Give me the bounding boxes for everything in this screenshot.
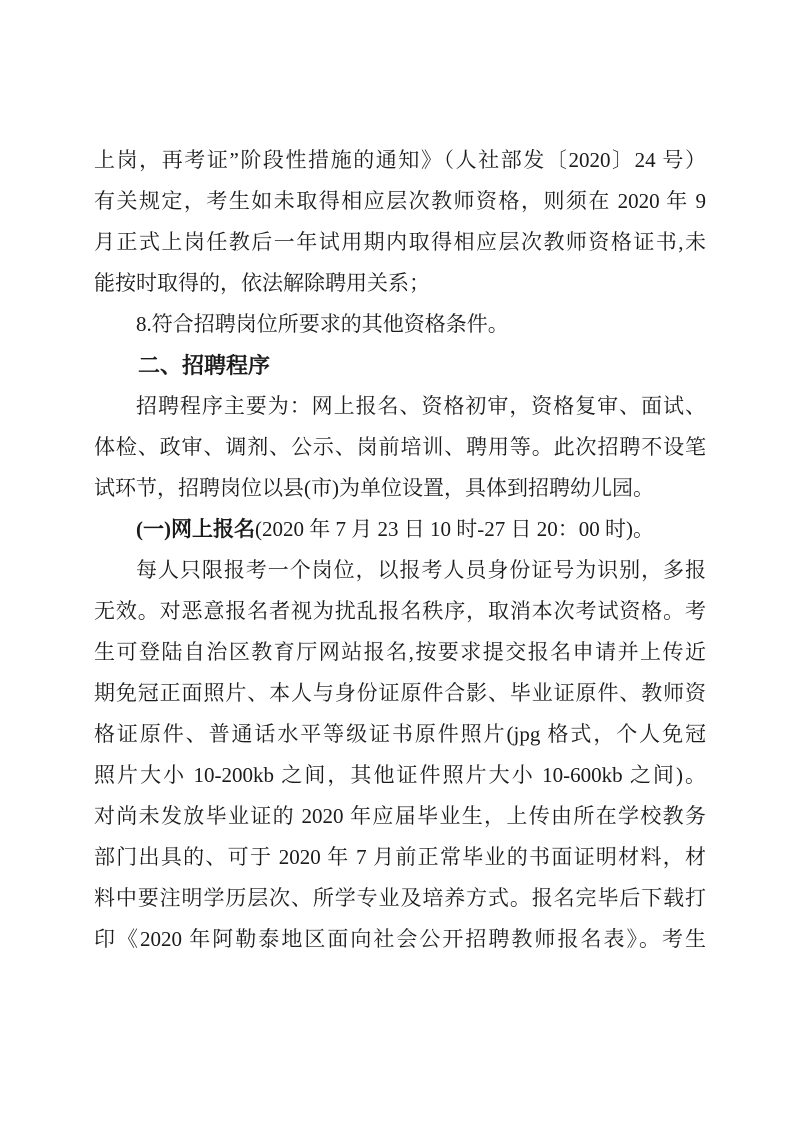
- text-line: (一)网上报名(2020 年 7 月 23 日 10 时-27 日 20：00 …: [94, 509, 706, 550]
- text-line: 每人只限报考一个岗位，以报考人员身份证号为识别，多报: [94, 550, 706, 591]
- text-line: 格证原件、普通话水平等级证书原件照片(jpg 格式，个人免冠: [94, 714, 706, 755]
- paragraph-condition-8: 8.符合招聘岗位所要求的其他资格条件。: [94, 304, 706, 345]
- text-line: 对尚未发放毕业证的 2020 年应届毕业生，上传由所在学校教务: [94, 796, 706, 837]
- paragraph-regulation-continuation: 上岗，再考证”阶段性措施的通知》（人社部发〔2020〕24 号） 有关规定，考生…: [94, 140, 706, 304]
- text-line: 期免冠正面照片、本人与身份证原件合影、毕业证原件、教师资: [94, 673, 706, 714]
- text-line: 照片大小 10-200kb 之间，其他证件照片大小 10-600kb 之间)。: [94, 755, 706, 796]
- text-line: 8.符合招聘岗位所要求的其他资格条件。: [94, 304, 706, 345]
- text-line: 能按时取得的，依法解除聘用关系；: [94, 263, 706, 304]
- paragraph-registration-instructions: 每人只限报考一个岗位，以报考人员身份证号为识别，多报 无效。对恶意报名者视为扰乱…: [94, 550, 706, 960]
- subheading-online-registration: (一)网上报名: [136, 517, 255, 541]
- text-line: 月正式上岗任教后一年试用期内取得相应层次教师资格证书,未: [94, 222, 706, 263]
- text-line: 试环节，招聘岗位以县(市)为单位设置，具体到招聘幼儿园。: [94, 468, 706, 509]
- text-line: 上岗，再考证”阶段性措施的通知》（人社部发〔2020〕24 号）: [94, 140, 706, 181]
- text-line: 有关规定，考生如未取得相应层次教师资格，则须在 2020 年 9: [94, 181, 706, 222]
- section-heading: 二、招聘程序: [94, 345, 706, 386]
- text-line: 招聘程序主要为：网上报名、资格初审，资格复审、面试、: [94, 386, 706, 427]
- paragraph-procedure-overview: 招聘程序主要为：网上报名、资格初审，资格复审、面试、 体检、政审、调剂、公示、岗…: [94, 386, 706, 509]
- document-body: 上岗，再考证”阶段性措施的通知》（人社部发〔2020〕24 号） 有关规定，考生…: [94, 140, 706, 960]
- text-line: 料中要注明学历层次、所学专业及培养方式。报名完毕后下载打: [94, 878, 706, 919]
- text-line: 无效。对恶意报名者视为扰乱报名秩序，取消本次考试资格。考: [94, 591, 706, 632]
- text-line: 体检、政审、调剂、公示、岗前培训、聘用等。此次招聘不设笔: [94, 427, 706, 468]
- text-line: 生可登陆自治区教育厅网站报名,按要求提交报名申请并上传近: [94, 632, 706, 673]
- paragraph-online-registration: (一)网上报名(2020 年 7 月 23 日 10 时-27 日 20：00 …: [94, 509, 706, 550]
- document-page: 上岗，再考证”阶段性措施的通知》（人社部发〔2020〕24 号） 有关规定，考生…: [0, 0, 793, 1122]
- text-line: 部门出具的、可于 2020 年 7 月前正常毕业的书面证明材料，材: [94, 837, 706, 878]
- text-line: 印《2020 年阿勒泰地区面向社会公开招聘教师报名表》。考生: [94, 919, 706, 960]
- section-heading-recruitment-procedure: 二、招聘程序: [94, 345, 706, 386]
- subheading-registration-time: (2020 年 7 月 23 日 10 时-27 日 20：00 时)。: [255, 517, 654, 541]
